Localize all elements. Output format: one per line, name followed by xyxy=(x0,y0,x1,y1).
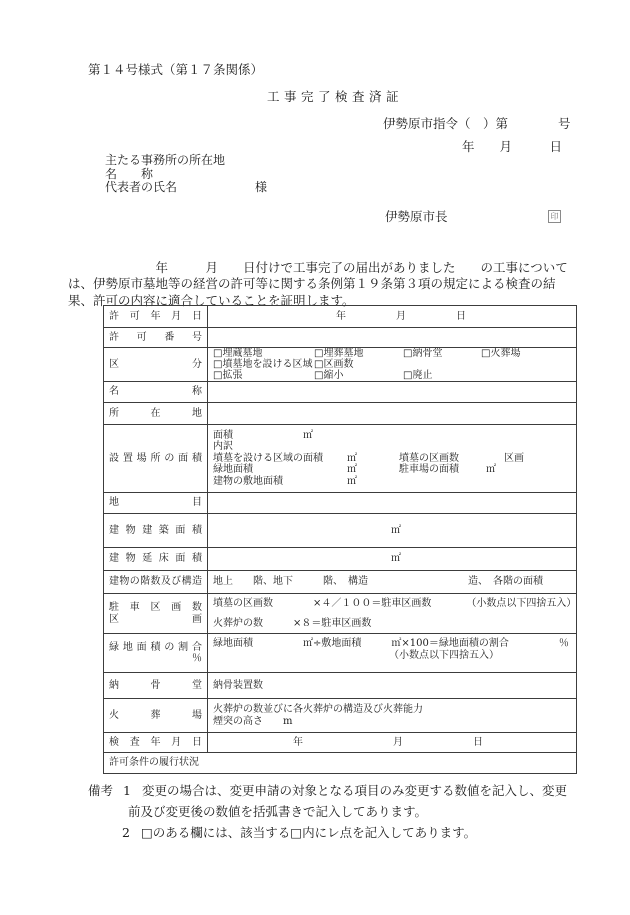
site-area-line-building: 建物の敷地面積㎡ xyxy=(213,476,576,488)
row-location: 所在地 xyxy=(104,403,576,425)
form-number: 第１４号様式（第１７条関係） xyxy=(88,62,263,77)
land-category-label: 地目 xyxy=(109,497,202,508)
site-area-line-green: 緑地面積㎡駐車場の面積㎡ xyxy=(213,464,576,476)
building-site-area-label: 建物の敷地面積 xyxy=(213,476,347,488)
note-2-number: 2 xyxy=(122,825,130,840)
certificate-statement: 年 月 日付けで工事完了の届出がありました の工事について は、伊勢原市墓地等の… xyxy=(68,260,583,309)
mayor-name: 伊勢原市長 xyxy=(385,209,448,224)
row-permit-number: 許可番号 xyxy=(104,328,576,348)
green-ratio-rounding-note: （小数点以下四捨五入） xyxy=(213,650,576,661)
seal-mark-icon: 印 xyxy=(548,210,561,223)
representative-line: 代表者の氏名様 xyxy=(105,181,267,195)
row-inspection-date: 検査年月日 年 月 日 xyxy=(104,733,576,753)
crematory-value: 火葬炉の数並びに各火葬炉の構造及び火葬能力 煙突の高さ m xyxy=(208,699,576,732)
note-1-text: 変更の場合は、変更申請の対象となる項目のみ変更する数値を記入し、変更 xyxy=(142,783,567,798)
document-page: 第１４号様式（第１７条関係） 工事完了検査済証 伊勢原市指令（ ）第 号 年 月… xyxy=(0,0,630,915)
parking-area-label: 駐車場の面積 xyxy=(399,464,486,476)
page-title: 工事完了検査済証 xyxy=(267,89,403,104)
crematory-furnace-line: 火葬炉の数並びに各火葬炉の構造及び火葬能力 xyxy=(213,704,576,716)
row-building-area: 建物建築面積 ㎡ xyxy=(104,514,576,548)
recipient-block: 主たる事務所の所在地 名 称 代表者の氏名様 xyxy=(105,154,267,195)
crematory-label: 火葬場 xyxy=(109,710,202,721)
site-area-label: 設置場所の面積 xyxy=(109,453,202,464)
checkbox-expansion: □拡張 xyxy=(213,370,314,381)
checkbox-grave-zone: □墳墓地を設ける区域 xyxy=(213,359,314,370)
checkbox-interment-cemetery: □埋葬墓地 xyxy=(314,348,403,359)
note-1-number: 1 xyxy=(123,783,131,798)
site-area-line-breakdown: 内訳 xyxy=(213,441,576,453)
permit-date-value: 年 月 日 xyxy=(208,306,576,327)
note-2-text: □のある欄には、該当する□内にレ点を記入してあります。 xyxy=(141,825,476,840)
ossuary-value: 納骨装置数 xyxy=(208,673,576,698)
building-site-area-unit: ㎡ xyxy=(347,476,357,487)
floors-structure-value: 地上 階、地下 階、 構造 造、 各階の面積 xyxy=(208,571,576,593)
checkbox-lot-count: □区画数 xyxy=(314,359,353,370)
grave-lot-count-unit: 区画 xyxy=(504,453,524,464)
building-area-value: ㎡ xyxy=(208,514,576,547)
note-2-line: 2□のある欄には、該当する□内にレ点を記入してあります。 xyxy=(88,822,588,843)
checkbox-ossuary: □納骨堂 xyxy=(403,348,481,359)
category-label: 区分 xyxy=(109,359,202,370)
green-ratio-value: 緑地面積 ㎡÷敷地面積 ㎡×100＝緑地面積の割合 ％ （小数点以下四捨五入） xyxy=(208,634,576,672)
permit-number-label: 許可番号 xyxy=(109,332,202,343)
issue-date-line: 年 月 日 xyxy=(462,139,562,154)
parking-formula-crematory: 火葬炉の数 ×８＝駐車区画数 xyxy=(213,618,576,629)
site-area-line-grave-zone: 墳墓を設ける区域の面積㎡墳墓の区画数区画 xyxy=(213,453,576,465)
permit-conditions-label: 許可条件の履行状況 xyxy=(104,753,576,773)
note-1-line-1: 備考1変更の場合は、変更申請の対象となる項目のみ変更する数値を記入し、変更 xyxy=(88,780,588,801)
row-parking: 駐車区画数 区画 墳墓の区画数 ×４／１００＝駐車区画数 （小数点以下四捨五入）… xyxy=(104,594,576,634)
office-address-label: 主たる事務所の所在地 xyxy=(105,154,267,168)
form-table: 許可年月日 年 月 日 許可番号 区分 □埋蔵墓地□埋葬墓地□納骨堂□火葬場 □… xyxy=(103,305,577,774)
floors-structure-label: 建物の階数及び構造 xyxy=(109,576,202,587)
green-ratio-label-line-1: 緑地面積の割合 xyxy=(109,642,202,653)
building-area-label: 建物建築面積 xyxy=(109,525,202,536)
parking-formula-graves: 墳墓の区画数 ×４／１００＝駐車区画数 （小数点以下四捨五入） xyxy=(213,598,576,609)
grave-zone-area-label: 墳墓を設ける区域の面積 xyxy=(213,453,347,465)
entity-name-label: 名 称 xyxy=(105,168,267,182)
checkbox-reduction: □縮小 xyxy=(314,370,403,381)
inspection-date-label: 検査年月日 xyxy=(109,737,202,748)
green-ratio-label-line-2: ％ xyxy=(109,653,202,664)
green-area-unit: ㎡ xyxy=(347,464,399,476)
location-label: 所在地 xyxy=(109,408,202,419)
checkbox-abolition: □廃止 xyxy=(403,370,432,381)
row-ossuary: 納骨堂 納骨装置数 xyxy=(104,673,576,699)
category-checkbox-line-3: □拡張□縮小□廃止 xyxy=(213,370,576,381)
notes-block: 備考1変更の場合は、変更申請の対象となる項目のみ変更する数値を記入し、変更 前及… xyxy=(88,780,588,843)
green-ratio-formula: 緑地面積 ㎡÷敷地面積 ㎡×100＝緑地面積の割合 ％ xyxy=(213,638,576,649)
row-permit-conditions: 許可条件の履行状況 xyxy=(104,753,576,773)
grave-zone-area-unit: ㎡ xyxy=(347,453,399,465)
note-1-line-2: 前及び変更後の数値を括弧書きで記入してあります。 xyxy=(88,801,588,822)
land-category-value xyxy=(208,493,576,513)
category-value: □埋蔵墓地□埋葬墓地□納骨堂□火葬場 □墳墓地を設ける区域□区画数 □拡張□縮小… xyxy=(208,348,576,381)
location-value xyxy=(208,403,576,424)
checkbox-burial-vault-cemetery: □埋蔵墓地 xyxy=(213,348,314,359)
total-floor-area-label: 建物延床面積 xyxy=(109,553,202,564)
parking-label-line-2: 区画 xyxy=(109,614,202,625)
row-category: 区分 □埋蔵墓地□埋葬墓地□納骨堂□火葬場 □墳墓地を設ける区域□区画数 □拡張… xyxy=(104,348,576,382)
statement-line-1: 年 月 日付けで工事完了の届出がありました の工事について xyxy=(68,260,583,276)
category-checkbox-line-2: □墳墓地を設ける区域□区画数 xyxy=(213,359,576,370)
statement-line-2: は、伊勢原市墓地等の経営の許可等に関する条例第１９条第３項の規定による検査の結 xyxy=(68,276,583,292)
parking-area-unit: ㎡ xyxy=(486,464,496,475)
row-permit-date: 許可年月日 年 月 日 xyxy=(104,306,576,328)
permit-date-label: 許可年月日 xyxy=(109,311,202,322)
site-area-value: 面積㎡ 内訳 墳墓を設ける区域の面積㎡墳墓の区画数区画 緑地面積㎡駐車場の面積㎡… xyxy=(208,425,576,492)
row-total-floor-area: 建物延床面積 ㎡ xyxy=(104,548,576,571)
parking-value: 墳墓の区画数 ×４／１００＝駐車区画数 （小数点以下四捨五入） 火葬炉の数 ×８… xyxy=(208,594,576,633)
representative-label: 代表者の氏名 xyxy=(105,180,177,194)
crematory-chimney-line: 煙突の高さ m xyxy=(213,716,576,728)
row-crematory: 火葬場 火葬炉の数並びに各火葬炉の構造及び火葬能力 煙突の高さ m xyxy=(104,699,576,733)
ossuary-label: 納骨堂 xyxy=(109,680,202,691)
green-area-label: 緑地面積 xyxy=(213,464,347,476)
permit-number-value xyxy=(208,328,576,347)
category-checkbox-line-1: □埋蔵墓地□埋葬墓地□納骨堂□火葬場 xyxy=(213,348,576,359)
row-floors-structure: 建物の階数及び構造 地上 階、地下 階、 構造 造、 各階の面積 xyxy=(104,571,576,594)
site-area-total-unit: ㎡ xyxy=(303,430,313,441)
site-area-total-label: 面積 xyxy=(213,430,303,442)
row-name: 名称 xyxy=(104,382,576,403)
issuer-line: 伊勢原市長 印 xyxy=(0,209,630,225)
row-land-category: 地目 xyxy=(104,493,576,514)
parking-label-line-1: 駐車区画数 xyxy=(109,602,202,613)
inspection-date-value: 年 月 日 xyxy=(208,733,576,752)
row-site-area: 設置場所の面積 面積㎡ 内訳 墳墓を設ける区域の面積㎡墳墓の区画数区画 緑地面積… xyxy=(104,425,576,493)
name-label: 名称 xyxy=(109,386,202,397)
checkbox-crematory: □火葬場 xyxy=(481,348,520,359)
grave-lot-count-label: 墳墓の区画数 xyxy=(399,453,504,465)
notes-label: 備考 xyxy=(88,783,113,798)
row-green-ratio: 緑地面積の割合 ％ 緑地面積 ㎡÷敷地面積 ㎡×100＝緑地面積の割合 ％ （小… xyxy=(104,634,576,673)
name-value xyxy=(208,382,576,402)
site-area-line-total: 面積㎡ xyxy=(213,430,576,442)
honorific: 様 xyxy=(255,180,267,194)
total-floor-area-value: ㎡ xyxy=(208,548,576,570)
directive-number-line: 伊勢原市指令（ ）第 号 xyxy=(383,116,571,131)
